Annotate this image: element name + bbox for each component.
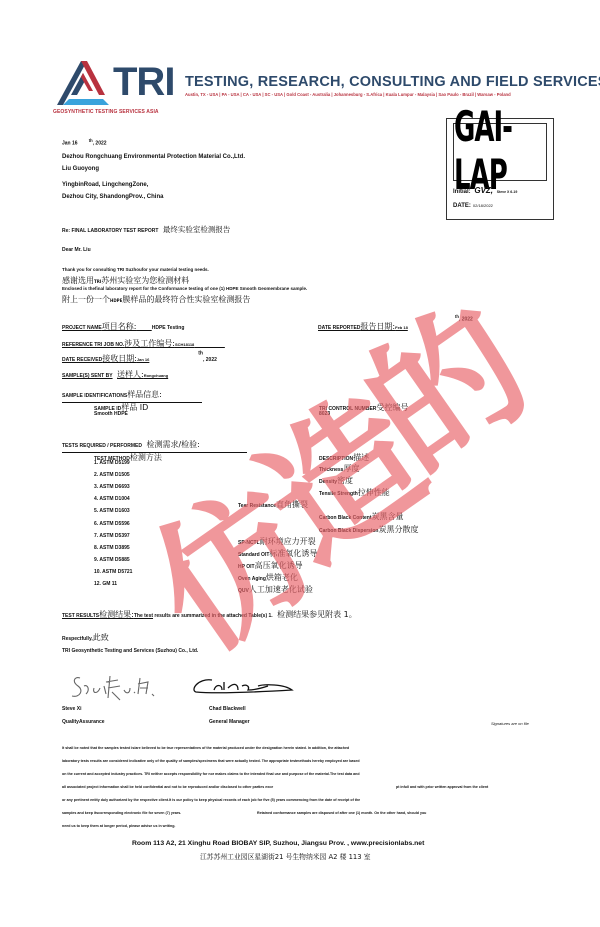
method-header-cn: 检测方法: [130, 453, 162, 462]
salutation: Dear Mr. Liu: [62, 247, 91, 253]
thanks-cn: 感谢选用TRI苏州实验室为您检测材料: [62, 275, 189, 286]
date-reported-cn: 报告日期:: [360, 322, 395, 331]
date-received-value: Jan 16: [137, 357, 149, 362]
stamp-initial-meta: Steve X 6-19: [497, 190, 518, 194]
enclosed-cn: 附上一份一个HDPE膜样品的最终符合性实验室检测报告: [62, 294, 250, 305]
recipient-company: Dezhou Rongchuang Environmental Protecti…: [62, 154, 245, 160]
sent-by-label: SAMPLE(S) SENT BY: [62, 373, 113, 379]
test-method: 4. ASTM D1004: [94, 496, 130, 502]
reference-value: SCH18118: [175, 342, 194, 347]
logo-text: TRI: [113, 60, 174, 105]
signature-chad-blackwell-icon: [188, 676, 298, 698]
stamp-initial-value: GVZ,: [474, 186, 493, 195]
test-method: 7. ASTM D5397: [94, 533, 130, 539]
company-name: TRI Geosynthetic Testing and Services (S…: [62, 648, 198, 654]
project-name-cn: 项目名称:: [102, 322, 137, 331]
test-description-cn: 拉伸性能: [358, 488, 390, 497]
respectfully: Respectfully,此致: [62, 627, 109, 645]
results-label-cn: 检测结果:: [99, 610, 134, 619]
date-reported-field: DATE REPORTED报告日期:Feb 18: [318, 316, 408, 334]
disclaimer-line: on the current and accepted industry pra…: [62, 772, 360, 776]
footer-address-cn: 江苏苏州工业园区星湖街21 号生物纳米园 A2 楼 113 室: [200, 851, 371, 861]
disclaimer-line: all associated project information shall…: [62, 785, 273, 789]
date-reported-label: DATE REPORTED: [318, 325, 360, 331]
test-description-cn: 炭黑分散度: [378, 525, 418, 534]
disclaimer-line: need us to keep them at longer period, p…: [62, 824, 175, 828]
letter-date-day: Jan 16: [62, 141, 78, 147]
signatory-title-1: QualityAssurance: [62, 719, 105, 725]
test-description: QUV人工加速老化试验: [238, 579, 313, 597]
disclaimer-line: laboratory tests results are considered …: [62, 759, 360, 763]
test-method: 2. ASTM D1505: [94, 472, 130, 478]
sent-by-value: Rongchuang: [144, 373, 168, 378]
test-method: 6. ASTM D5596: [94, 521, 130, 527]
test-method: 3. ASTM D6693: [94, 484, 130, 490]
project-name-field: PROJECT NAME项目名称: HDPE Testing: [62, 316, 184, 334]
test-description-en: QUV: [238, 588, 249, 594]
date-reported-value: Feb 18: [395, 325, 408, 330]
letter-date-year: , 2022: [93, 141, 107, 147]
enclosed-cn-hdpe: HDPE: [110, 298, 122, 303]
signatory-name-2: Chad Blackwell: [209, 706, 246, 712]
disclaimer-line: pt infull and with prior written approva…: [396, 785, 488, 789]
project-name-label: PROJECT NAME: [62, 325, 102, 331]
header-locations: Austin, TX - USA | PA - USA | CA - USA |…: [185, 92, 511, 97]
re-label: Re: FINAL LABORATORY TEST REPORT: [62, 228, 158, 234]
stamp-date-label: DATE:: [453, 203, 471, 209]
control-number-value: 8023: [319, 411, 330, 417]
test-description-cn: 直角撕裂: [276, 500, 308, 509]
thanks-en: Thank you for consulting TRI Suzhoufor y…: [62, 267, 209, 272]
respectfully-en: Respectfully,: [62, 636, 93, 642]
stamp-date-value: 02/18/2022: [473, 203, 493, 208]
disclaimer-line: Retained conformance samples are dispose…: [257, 811, 426, 815]
stamp-initial: Initial: GVZ, Steve X 6-19: [453, 186, 517, 195]
enclosed-cn-a: 附上一份一个: [62, 295, 110, 304]
date-received-label: DATE RECEIVED: [62, 357, 102, 363]
disclaimer-line: or any pertinent entity duly authorized …: [62, 798, 360, 802]
results-text-a: The test: [134, 613, 153, 619]
signature-steve-xi-icon: [68, 672, 158, 702]
disclaimer-line: samples and keep itscorresponding electr…: [62, 811, 181, 815]
test-description-en: Tensile Strength: [319, 491, 358, 497]
sample-id-value: Smooth HDPE: [94, 411, 128, 417]
recipient-name: Liu Guoyong: [62, 166, 99, 172]
test-method: 5. ASTM D1603: [94, 508, 130, 514]
control-number-header: TRI CONTROL NUMBER受控编号: [319, 397, 408, 415]
results-text-cn: 检测结果参见附表 1。: [277, 610, 357, 619]
signatory-title-2: General Manager: [209, 719, 250, 725]
test-description-en: Carbon Black Dispersion: [319, 528, 378, 534]
test-method: 10. ASTM D5721: [94, 569, 132, 575]
results-text-b: results are summarized in the attached T…: [153, 613, 273, 619]
footer-address-en: Room 113 A2, 21 Xinghu Road BIOBAY SIP, …: [132, 840, 424, 847]
test-method: 9. ASTM D5885: [94, 557, 130, 563]
stamp-logo-box: GAI-LAP: [453, 123, 547, 181]
logo-subtitle: GEOSYNTHETIC TESTING SERVICES ASIA: [53, 109, 159, 115]
disclaimer-line: It shall be noted that the samples teste…: [62, 746, 349, 750]
signatory-name-1: Steve Xi: [62, 706, 81, 712]
address-line1: YingbinRoad, LingchengZone,: [62, 182, 148, 188]
date-received-cn: 接收日期:: [102, 354, 137, 363]
tri-logo: TRI GEOSYNTHETIC TESTING SERVICES ASIA: [53, 55, 173, 117]
thanks-cn-a: 感谢选用: [62, 276, 94, 285]
test-results: TEST RESULTS检测结果:The test results are su…: [62, 604, 357, 622]
triangle-logo-icon: [53, 55, 115, 109]
thanks-cn-b: 苏州实验室为您检测材料: [101, 276, 189, 285]
sent-by-field: SAMPLE(S) SENT BY 送样人:Rongchuang: [62, 364, 168, 382]
reference-cn: 涉及工作编号:: [124, 339, 175, 348]
test-description: Tensile Strength拉伸性能: [319, 482, 390, 500]
test-description: Tear Resistance直角撕裂: [238, 494, 308, 512]
test-description-cn: 人工加速老化试验: [249, 585, 313, 594]
test-method: 8. ASTM D3895: [94, 545, 130, 551]
date-reported-year: th, 2022: [455, 314, 473, 323]
header-title: TESTING, RESEARCH, CONSULTING AND FIELD …: [185, 74, 600, 90]
results-label: TEST RESULTS: [62, 613, 99, 619]
date-reported-year-value: , 2022: [459, 317, 473, 323]
date-received-year: , 2022: [203, 357, 217, 363]
address-line2: Dezhou City, ShandongProv., China: [62, 194, 163, 200]
test-description-en: Tear Resistance: [238, 503, 276, 509]
respectfully-cn: 此致: [93, 633, 109, 642]
test-description: Carbon Black Dispersion炭黑分散度: [319, 519, 418, 537]
project-name-value: HDPE Testing: [152, 325, 185, 331]
date-received-sup: th: [198, 351, 203, 357]
re-line: Re: FINAL LABORATORY TEST REPORT 最终实验室检测…: [62, 219, 230, 237]
enclosed-cn-b: 膜样品的最终符合性实验室检测报告: [122, 295, 250, 304]
gai-lap-stamp: GAI-LAP Initial: GVZ, Steve X 6-19 DATE:…: [446, 118, 554, 220]
stamp-initial-label: Initial:: [453, 189, 471, 195]
test-method: 12. GM 11: [94, 581, 117, 587]
stamp-date: DATE:02/18/2022: [453, 203, 493, 209]
test-method: 1. ASTM D5199: [94, 460, 130, 466]
signatures-note: Signatures are on file: [491, 721, 529, 726]
sent-by-cn: 送样人:: [117, 370, 144, 379]
enclosed-en: Enclosed is thefinal laboratory report f…: [62, 286, 307, 291]
letter-date: Jan 16 th, 2022: [62, 138, 107, 147]
control-number-cn: 受控编号: [376, 403, 408, 412]
re-cn: 最终实验室检测报告: [163, 225, 231, 234]
